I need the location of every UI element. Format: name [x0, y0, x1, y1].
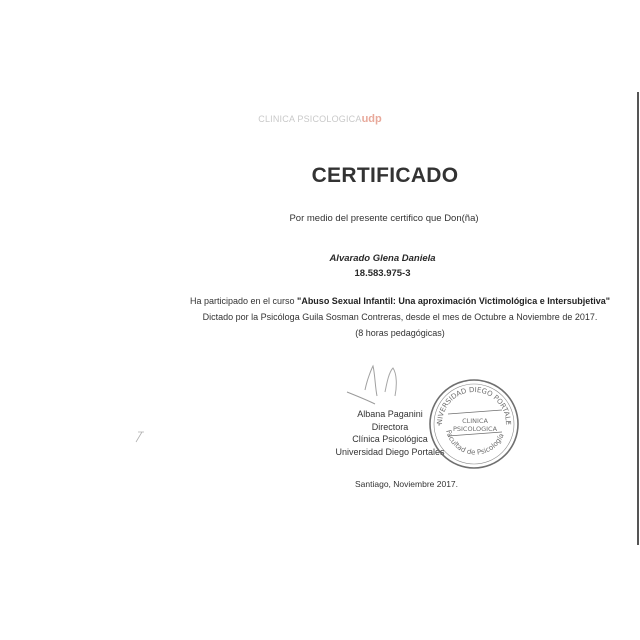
stray-mark-icon — [128, 428, 148, 448]
svg-text:*: * — [438, 424, 441, 430]
hours-line: (8 horas pedagógicas) — [160, 325, 640, 341]
recipient-name: Alvarado Glena Daniela — [0, 253, 640, 264]
svg-text:Facultad de Psicología: Facultad de Psicología — [444, 429, 506, 457]
intro-text: Por medio del presente certifico que Don… — [0, 213, 640, 224]
certificate-page: CLINICA PSICOLOGICAudp CERTIFICADO Por m… — [0, 0, 640, 640]
official-stamp-icon: UNIVERSIDAD DIEGO PORTALES Facultad de P… — [428, 378, 520, 470]
course-prefix: Ha participado en el curso — [190, 296, 297, 306]
stamp-bottom-text: Facultad de Psicología — [444, 429, 506, 457]
certificate-title: CERTIFICADO — [0, 164, 640, 188]
clinic-logo: CLINICA PSICOLOGICAudp — [0, 113, 640, 125]
course-description: Ha participado en el curso "Abuso Sexual… — [160, 293, 640, 341]
city-date: Santiago, Noviembre 2017. — [355, 479, 458, 489]
instructor-line: Dictado por la Psicóloga Guila Sosman Co… — [160, 309, 640, 325]
logo-brand: udp — [362, 113, 382, 125]
recipient-id: 18.583.975-3 — [0, 268, 640, 279]
course-line: Ha participado en el curso "Abuso Sexual… — [160, 293, 640, 309]
signature-icon — [345, 362, 425, 412]
stamp-inner-line-1: CLINICA — [462, 417, 488, 425]
course-name: "Abuso Sexual Infantil: Una aproximación… — [297, 296, 610, 306]
stamp-inner-line-2: PSICOLOGICA — [453, 425, 498, 433]
logo-text: CLINICA PSICOLOGICA — [258, 114, 361, 124]
